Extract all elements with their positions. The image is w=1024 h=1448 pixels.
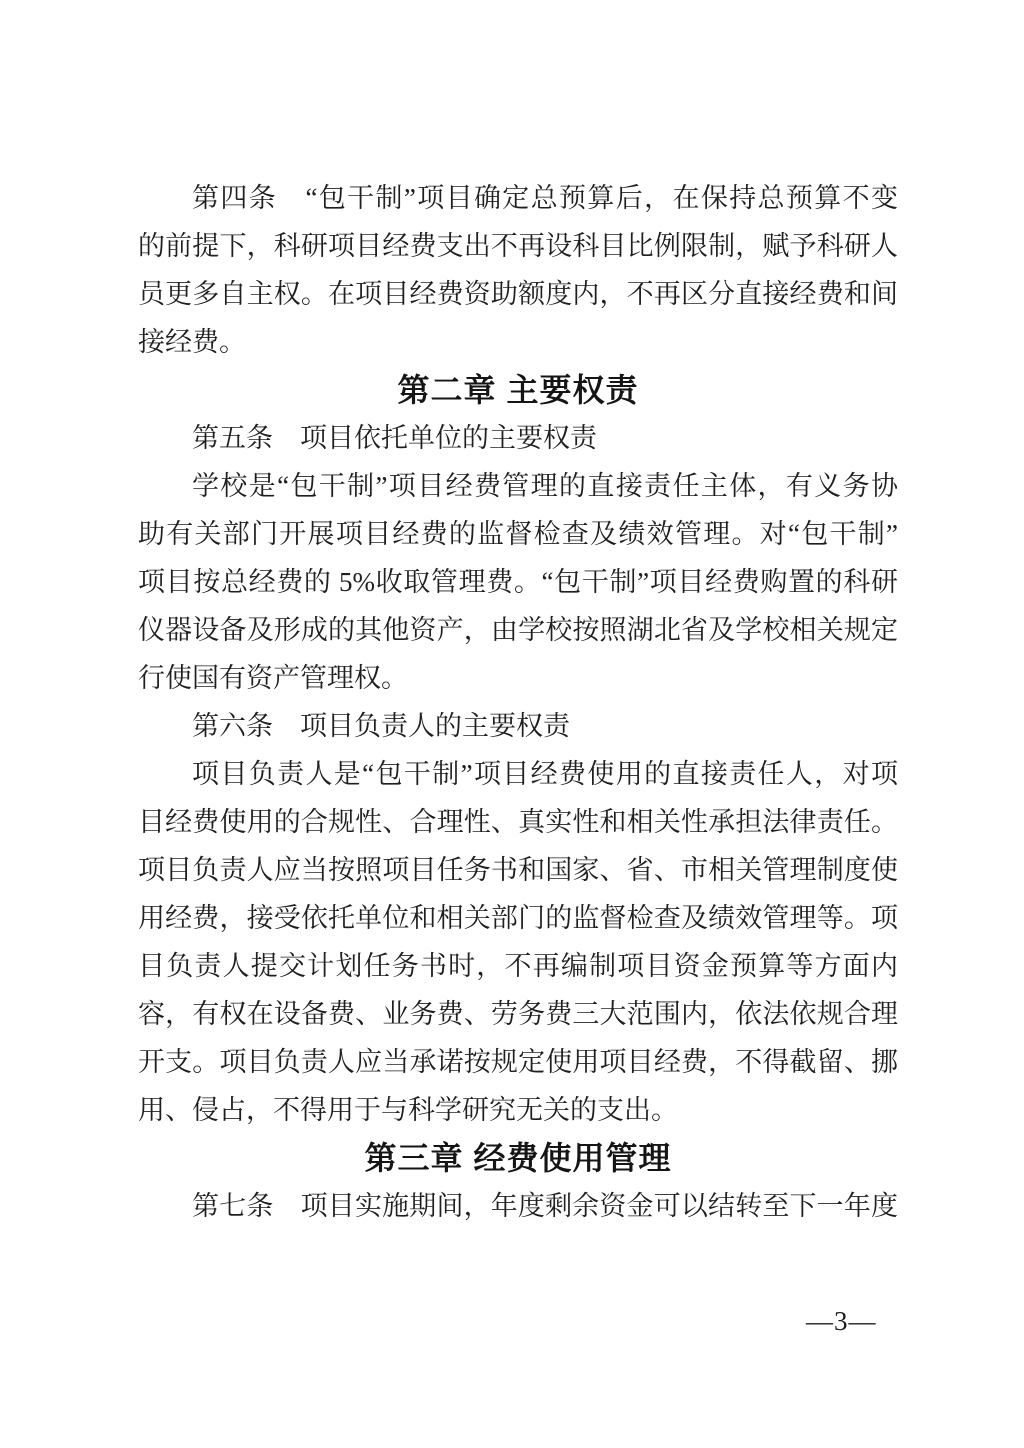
article-6-line-1: 项目负责人是“包干制”项目经费使用的直接责任人，对项 bbox=[138, 750, 898, 798]
article-5-title: 第五条 项目依托单位的主要权责 bbox=[138, 414, 898, 462]
article-6-line-5: 目负责人提交计划任务书时，不再编制项目资金预算等方面内 bbox=[138, 942, 898, 990]
article-7-line-1: 第七条 项目实施期间，年度剩余资金可以结转至下一年度 bbox=[138, 1182, 898, 1230]
document-body: 第四条 “包干制”项目确定总预算后，在保持总预算不变 的前提下，科研项目经费支出… bbox=[138, 174, 898, 1230]
article-6-line-4: 用经费，接受依托单位和相关部门的监督检查及绩效管理等。项 bbox=[138, 894, 898, 942]
article-6-title: 第六条 项目负责人的主要权责 bbox=[138, 702, 898, 750]
article-4-line-4: 接经费。 bbox=[138, 318, 898, 366]
chapter-2-heading: 第二章 主要权责 bbox=[138, 366, 898, 414]
article-6-line-7: 开支。项目负责人应当承诺按规定使用项目经费，不得截留、挪 bbox=[138, 1038, 898, 1086]
article-4-line-3: 员更多自主权。在项目经费资助额度内，不再区分直接经费和间 bbox=[138, 270, 898, 318]
article-5-line-5: 行使国有资产管理权。 bbox=[138, 654, 898, 702]
article-6-line-8: 用、侵占，不得用于与科学研究无关的支出。 bbox=[138, 1086, 898, 1134]
article-6-line-6: 容，有权在设备费、业务费、劳务费三大范围内，依法依规合理 bbox=[138, 990, 898, 1038]
article-5-line-4: 仪器设备及形成的其他资产，由学校按照湖北省及学校相关规定 bbox=[138, 606, 898, 654]
page-number: —3— bbox=[806, 1306, 877, 1337]
article-6-line-2: 目经费使用的合规性、合理性、真实性和相关性承担法律责任。 bbox=[138, 798, 898, 846]
article-4-line-2: 的前提下，科研项目经费支出不再设科目比例限制，赋予科研人 bbox=[138, 222, 898, 270]
article-5-line-2: 助有关部门开展项目经费的监督检查及绩效管理。对“包干制” bbox=[138, 510, 898, 558]
article-5-line-3: 项目按总经费的 5%收取管理费。“包干制”项目经费购置的科研 bbox=[138, 558, 898, 606]
document-page: 第四条 “包干制”项目确定总预算后，在保持总预算不变 的前提下，科研项目经费支出… bbox=[0, 0, 1024, 1448]
chapter-3-heading: 第三章 经费使用管理 bbox=[138, 1134, 898, 1182]
article-6-line-3: 项目负责人应当按照项目任务书和国家、省、市相关管理制度使 bbox=[138, 846, 898, 894]
article-4-line-1: 第四条 “包干制”项目确定总预算后，在保持总预算不变 bbox=[138, 174, 898, 222]
article-5-line-1: 学校是“包干制”项目经费管理的直接责任主体，有义务协 bbox=[138, 462, 898, 510]
